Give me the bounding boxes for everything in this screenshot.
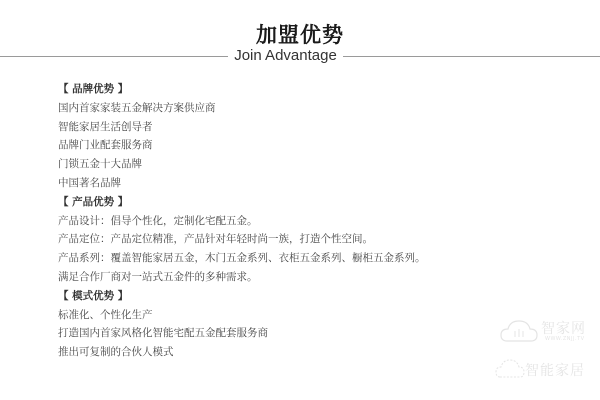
list-item: 标准化、个性化生产	[58, 306, 538, 325]
divider-left	[0, 56, 228, 57]
section-heading: 【 品牌优势 】	[58, 80, 538, 99]
list-item: 品牌门业配套服务商	[58, 136, 538, 155]
list-item: 产品系列：覆盖智能家居五金，木门五金系列、衣柜五金系列、橱柜五金系列。	[58, 249, 538, 268]
list-item: 中国著名品牌	[58, 174, 538, 193]
subtitle-row: Join Advantage	[0, 46, 600, 66]
watermark-logo2-text: 智能家居	[525, 360, 585, 380]
section-brand: 【 品牌优势 】 国内首家家装五金解决方案供应商 智能家居生活创导者 品牌门业配…	[58, 80, 538, 193]
list-item: 产品定位：产品定位精准，产品针对年轻时尚一族，打造个性空间。	[58, 230, 538, 249]
section-product: 【 产品优势 】 产品设计：倡导个性化，定制化宅配五金。 产品定位：产品定位精准…	[58, 193, 538, 287]
list-item: 智能家居生活创导者	[58, 118, 538, 137]
cloud-logo-icon	[495, 357, 525, 381]
section-heading: 【 产品优势 】	[58, 193, 538, 212]
watermark-url: WWW.ZNJJ.TV	[545, 336, 585, 342]
page-subtitle: Join Advantage	[228, 46, 343, 65]
list-item: 打造国内首家风格化智能宅配五金配套服务商	[58, 324, 538, 343]
cloud-logo-icon	[499, 317, 539, 347]
list-item: 国内首家家装五金解决方案供应商	[58, 99, 538, 118]
list-item: 推出可复制的合伙人模式	[58, 343, 538, 362]
watermark: 智家网 WWW.ZNJJ.TV 智能家居	[495, 315, 600, 390]
list-item: 产品设计：倡导个性化，定制化宅配五金。	[58, 212, 538, 231]
watermark-logo1-text: 智家网	[541, 318, 586, 338]
section-model: 【 模式优势 】 标准化、个性化生产 打造国内首家风格化智能宅配五金配套服务商 …	[58, 287, 538, 362]
page-title: 加盟优势	[0, 22, 600, 48]
list-item: 满足合作厂商对一站式五金件的多种需求。	[58, 268, 538, 287]
divider-right	[343, 56, 600, 57]
advantages-content: 【 品牌优势 】 国内首家家装五金解决方案供应商 智能家居生活创导者 品牌门业配…	[58, 80, 538, 362]
section-heading: 【 模式优势 】	[58, 287, 538, 306]
list-item: 门锁五金十大品牌	[58, 155, 538, 174]
